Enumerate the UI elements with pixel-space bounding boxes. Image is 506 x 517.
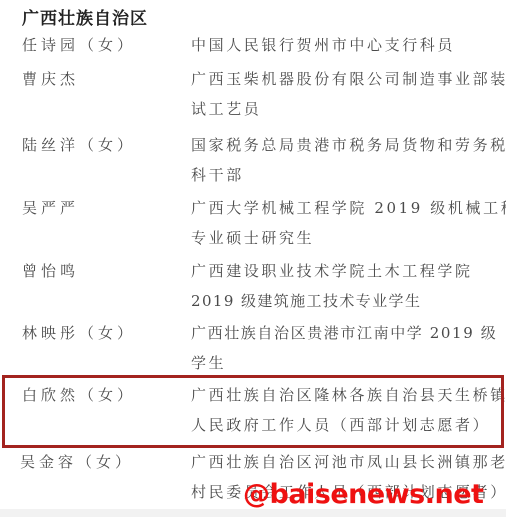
affiliation-line: 科干部 [191, 160, 501, 190]
watermark: @baisenews.net [243, 480, 483, 510]
page-bottom-edge [0, 509, 506, 517]
affiliation-line: 国家税务总局贵港市税务局货物和劳务税 [191, 130, 501, 160]
affiliation: 广西壮族自治区贵港市江南中学 2019 级 学生 [191, 318, 501, 378]
affiliation-line: 试工艺员 [191, 94, 501, 124]
affiliation-line: 广西壮族自治区河池市凤山县长洲镇那老 [191, 447, 501, 477]
affiliation-line: 人民政府工作人员（西部计划志愿者） [191, 410, 501, 440]
affiliation-line: 2019 级建筑施工技术专业学生 [191, 286, 501, 316]
person-name: 曹庆杰 [22, 64, 79, 94]
person-name: 白欣然（女） [22, 380, 136, 410]
affiliation: 广西建设职业技术学院土木工程学院 2019 级建筑施工技术专业学生 [191, 256, 501, 316]
affiliation-line: 广西壮族自治区隆林各族自治县天生桥镇 [191, 380, 501, 410]
section-heading: 广西壮族自治区 [22, 4, 148, 29]
affiliation: 国家税务总局贵港市税务局货物和劳务税 科干部 [191, 130, 501, 190]
person-name: 任诗园（女） [22, 30, 136, 60]
affiliation-line: 广西壮族自治区贵港市江南中学 2019 级 [191, 318, 501, 348]
affiliation: 广西玉柴机器股份有限公司制造事业部装 试工艺员 [191, 64, 501, 124]
person-name: 陆丝洋（女） [22, 130, 136, 160]
affiliation-line: 广西建设职业技术学院土木工程学院 [191, 256, 501, 286]
affiliation-line: 广西玉柴机器股份有限公司制造事业部装 [191, 64, 501, 94]
person-name: 林映彤（女） [22, 318, 136, 348]
affiliation-line: 中国人民银行贺州市中心支行科员 [191, 30, 501, 60]
person-name: 曾怡鸣 [22, 256, 79, 286]
affiliation-line: 专业硕士研究生 [191, 223, 501, 253]
affiliation: 广西壮族自治区隆林各族自治县天生桥镇 人民政府工作人员（西部计划志愿者） [191, 380, 501, 440]
person-name: 吴金容（女） [20, 447, 134, 477]
affiliation: 广西大学机械工程学院 2019 级机械工程 专业硕士研究生 [191, 193, 501, 253]
person-name: 吴严严 [22, 193, 79, 223]
affiliation: 中国人民银行贺州市中心支行科员 [191, 30, 501, 60]
affiliation-line: 广西大学机械工程学院 2019 级机械工程 [191, 193, 501, 223]
document-page: 广西壮族自治区 任诗园（女） 中国人民银行贺州市中心支行科员 曹庆杰 广西玉柴机… [0, 0, 506, 509]
affiliation-line: 学生 [191, 348, 501, 378]
